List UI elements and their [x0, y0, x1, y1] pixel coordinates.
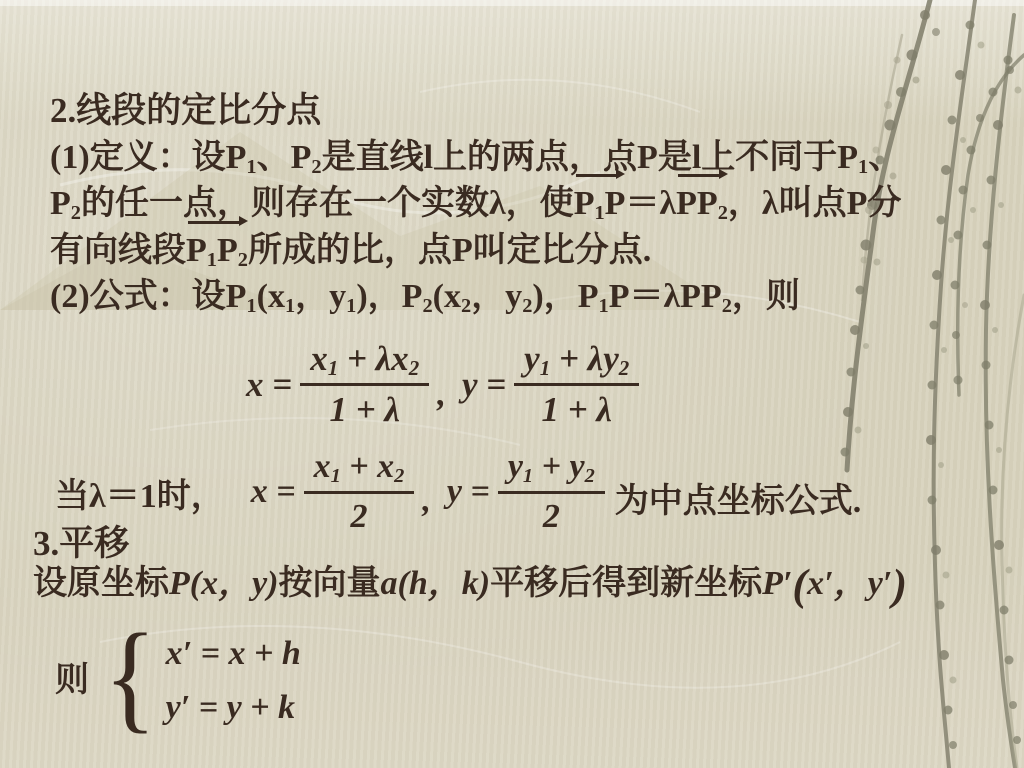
then-label: 则 — [55, 658, 89, 705]
midpoint-x-fraction: x1 + x2 2 — [304, 447, 415, 538]
x-ratio-numerator: x1 + λx2 — [300, 338, 429, 386]
y-ratio-denominator: 1 + λ — [514, 386, 639, 431]
equation-stack: x′ = x + h y′ = y + k — [166, 631, 301, 731]
y-ratio-numerator: y1 + λy2 — [514, 338, 639, 386]
midpoint-condition-text: 当λ＝1时， — [55, 468, 225, 517]
midpoint-y-fraction: y1 + y2 2 — [498, 447, 605, 538]
x-ratio-denominator: 1 + λ — [300, 386, 429, 431]
midpoint-x-lhs: x = — [251, 473, 296, 511]
midpoint-y-lhs: y = — [447, 473, 490, 511]
midpoint-formula-row: 当λ＝1时， x = x1 + x2 2 , y = y1 + y2 2 为中点… — [55, 447, 861, 538]
x-ratio-lhs: x = — [246, 365, 292, 405]
definition-line-1: (1)定义：设P1、P2是直线l上的两点，点P是l上不同于P1、 — [50, 135, 902, 182]
curly-brace: { — [104, 622, 157, 732]
midpoint-y-numerator: y1 + y2 — [498, 447, 605, 494]
slide-content: 2.线段的定比分点 (1)定义：设P1、P2是直线l上的两点，点P是l上不同于P… — [0, 0, 1024, 768]
translation-description-line: 设原坐标P(x，y)按向量a(h，k)平移后得到新坐标P′(x′，y′) — [33, 561, 907, 608]
midpoint-y-denominator: 2 — [498, 494, 605, 538]
y-ratio-lhs: y = — [462, 365, 506, 405]
formula-intro-line: (2)公式：设P1(x1，y1)，P2(x2，y2)，P1P＝λPP2，则 — [50, 274, 902, 321]
definition-line-2: P2的任一点，则存在一个实数λ，使P1P＝λPP2，λ叫点P分 — [50, 181, 902, 228]
section-definite-ratio-point: 2.线段的定比分点 (1)定义：设P1、P2是直线l上的两点，点P是l上不同于P… — [50, 88, 902, 321]
presentation-slide: 2.线段的定比分点 (1)定义：设P1、P2是直线l上的两点，点P是l上不同于P… — [0, 0, 1024, 768]
translation-equation-system: 则 { x′ = x + h y′ = y + k — [55, 622, 301, 740]
midpoint-x-numerator: x1 + x2 — [304, 447, 415, 494]
translation-eq-y: y′ = y + k — [166, 685, 301, 731]
definition-line-3: 有向线段P1P2所成的比，点P叫定比分点. — [50, 228, 902, 275]
midpoint-conclusion-text: 为中点坐标公式. — [615, 473, 862, 522]
midpoint-x-denominator: 2 — [304, 494, 415, 538]
ratio-separator: , — [437, 374, 446, 414]
x-ratio-fraction: x1 + λx2 1 + λ — [300, 338, 429, 431]
y-ratio-fraction: y1 + λy2 1 + λ — [514, 338, 639, 431]
section2-heading: 2.线段的定比分点 — [50, 88, 902, 135]
ratio-formula-row: x = x1 + λx2 1 + λ , y = y1 + λy2 1 + λ — [246, 338, 647, 431]
translation-eq-x: x′ = x + h — [166, 631, 301, 677]
midpoint-separator: , — [422, 482, 431, 520]
